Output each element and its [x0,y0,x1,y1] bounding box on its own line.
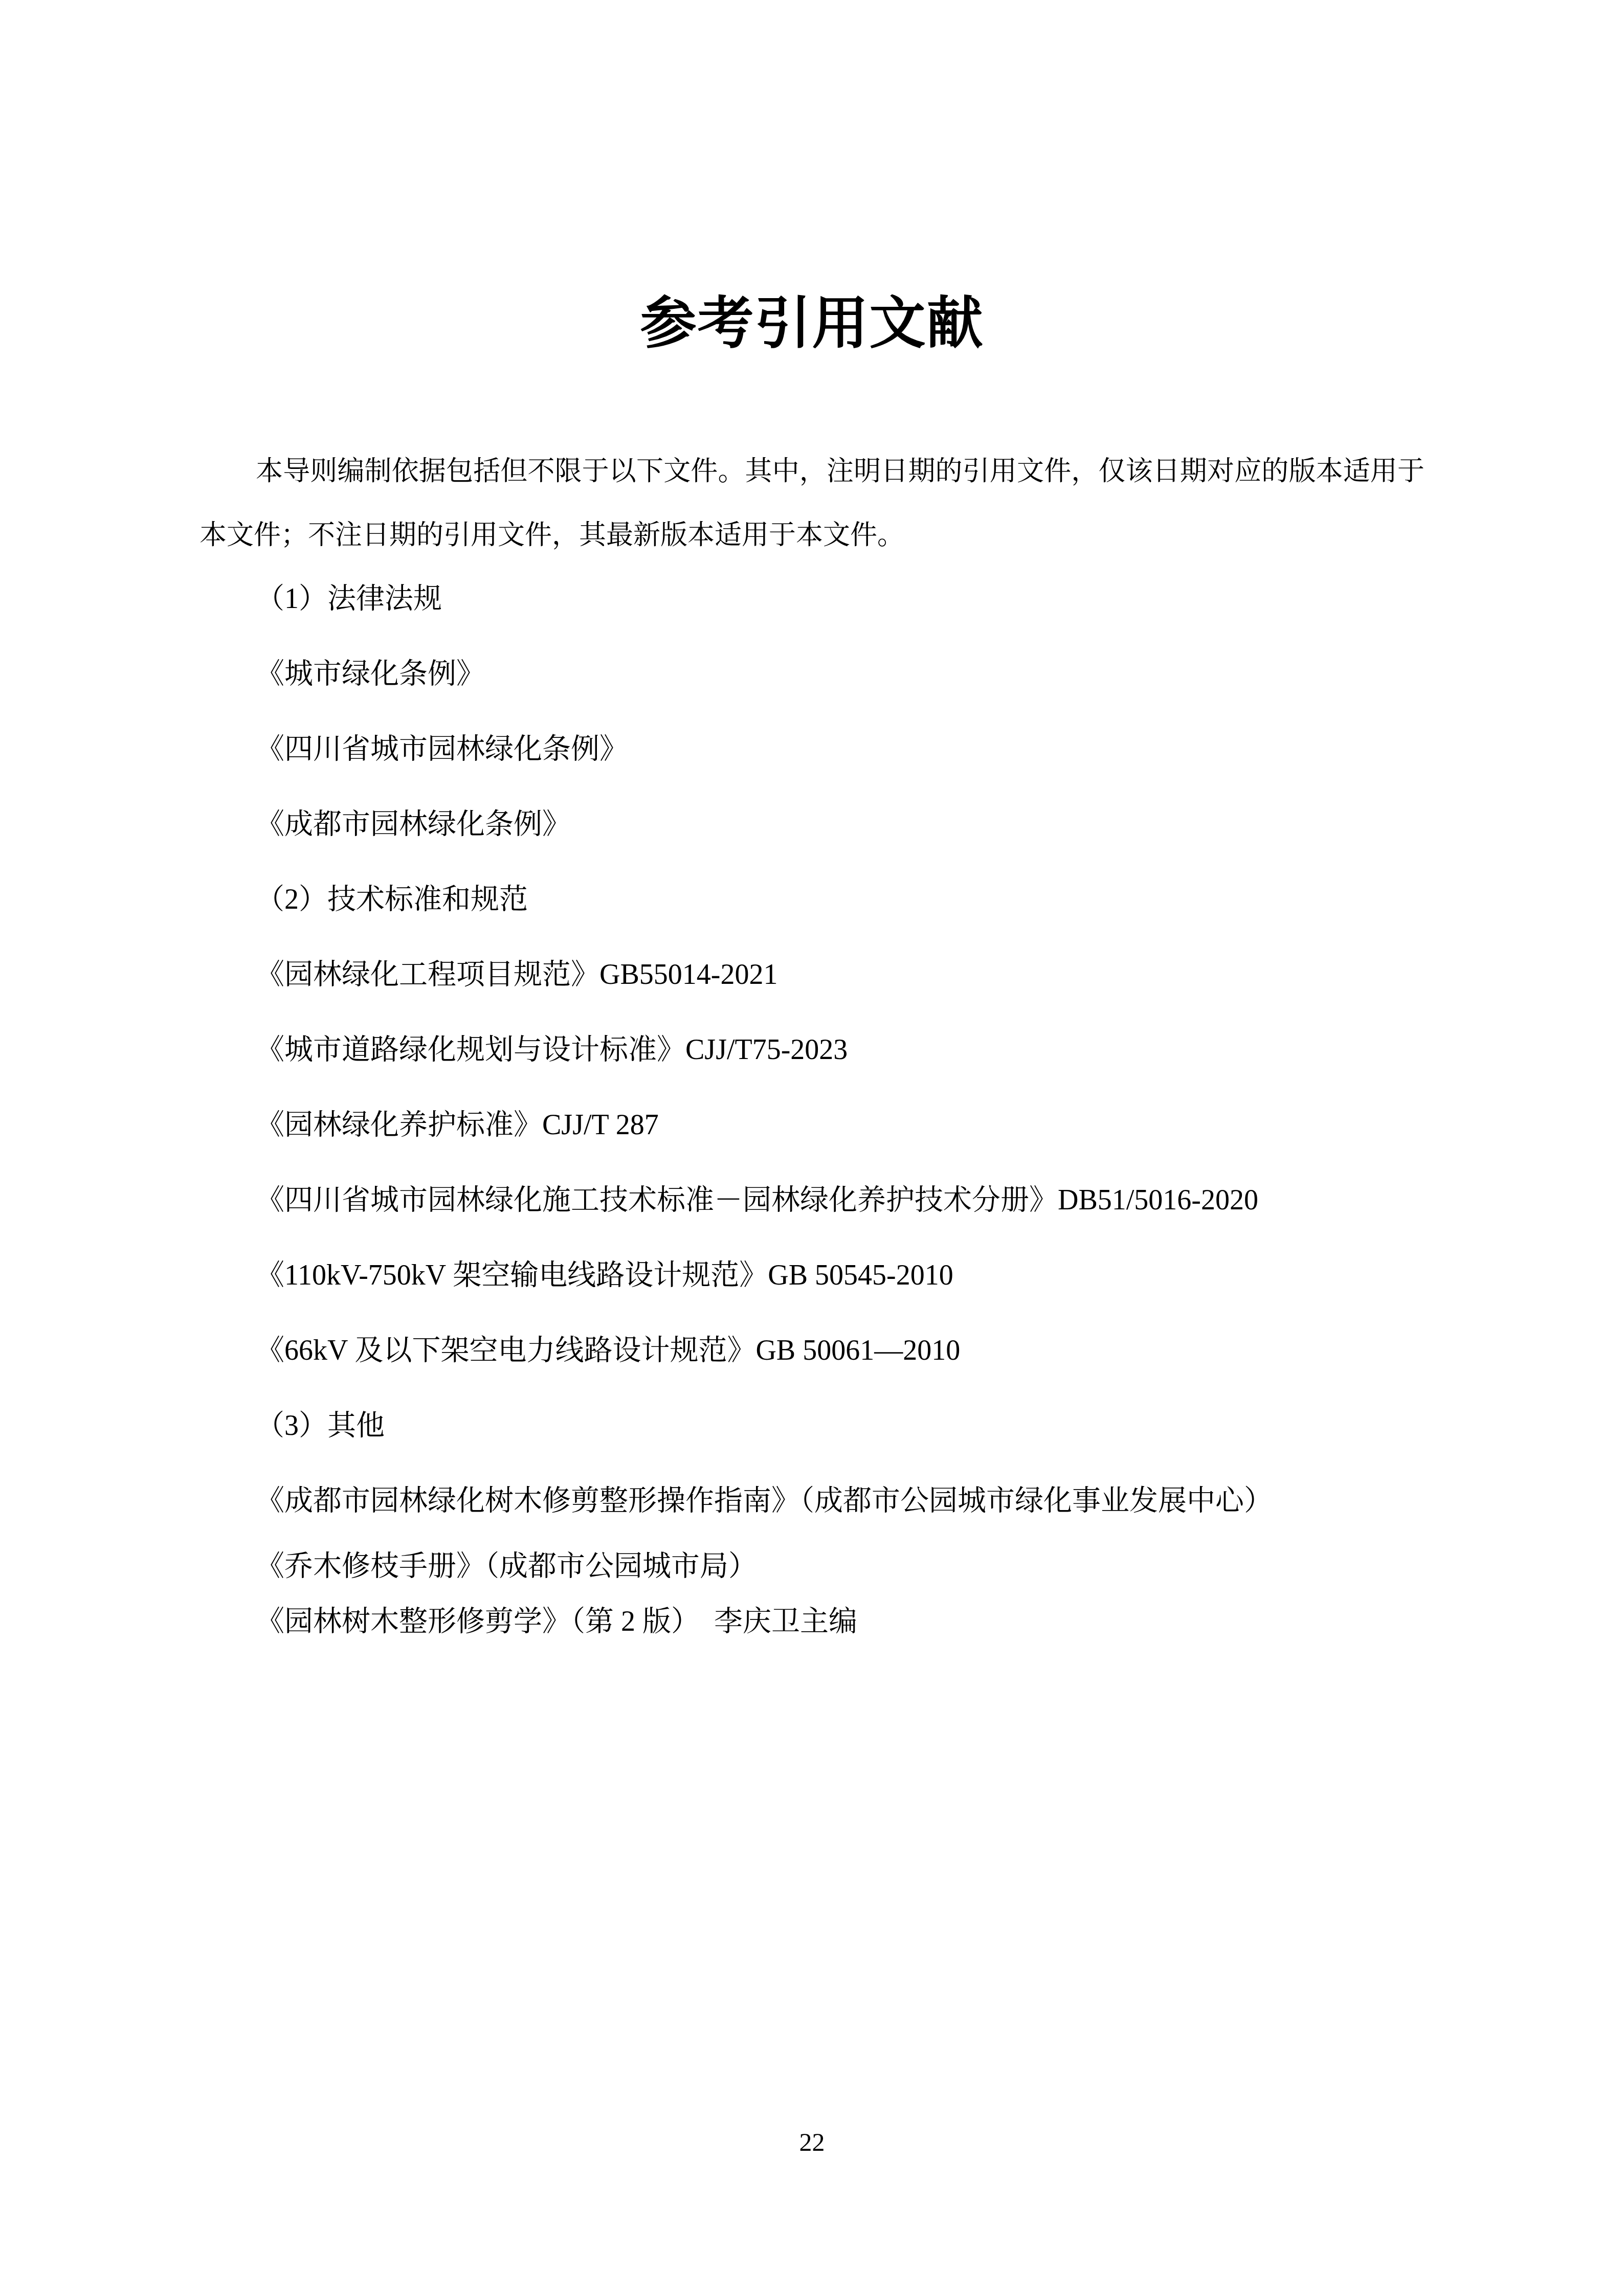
reference-item: 《城市绿化条例》 [199,637,1425,712]
reference-item: 《园林绿化工程项目规范》GB55014-2021 [199,937,1425,1012]
document-page: 参考引用文献 本导则编制依据包括但不限于以下文件。其中，注明日期的引用文件，仅该… [0,0,1624,2296]
intro-paragraph-line-2: 本文件；不注日期的引用文件，其最新版本适用于本文件。 [199,504,1425,568]
page-title: 参考引用文献 [199,291,1425,355]
reference-list: （1）法律法规 《城市绿化条例》 《四川省城市园林绿化条例》 《成都市园林绿化条… [199,561,1425,1649]
reference-group-heading: （3）其他 [199,1388,1425,1464]
reference-group-heading: （1）法律法规 [199,561,1425,637]
reference-item: 《成都市园林绿化条例》 [199,787,1425,862]
reference-item: 《乔木修枝手册》（成都市公园城市局） [199,1539,1425,1594]
page-number: 22 [0,2127,1624,2157]
reference-item: 《四川省城市园林绿化条例》 [199,712,1425,787]
reference-item: 《110kV-750kV 架空输电线路设计规范》GB 50545-2010 [199,1238,1425,1313]
page-content: 参考引用文献 本导则编制依据包括但不限于以下文件。其中，注明日期的引用文件，仅该… [199,291,1425,1649]
reference-item: 《园林绿化养护标准》CJJ/T 287 [199,1088,1425,1163]
reference-item: 《66kV 及以下架空电力线路设计规范》GB 50061—2010 [199,1313,1425,1388]
reference-item: 《四川省城市园林绿化施工技术标准－园林绿化养护技术分册》DB51/5016-20… [199,1163,1425,1238]
reference-item: 《成都市园林绿化树木修剪整形操作指南》（成都市公园城市绿化事业发展中心） [199,1464,1425,1539]
intro-paragraph-line-1: 本导则编制依据包括但不限于以下文件。其中，注明日期的引用文件，仅该日期对应的版本… [199,440,1425,504]
reference-item: 《园林树木整形修剪学》（第 2 版） 李庆卫主编 [199,1594,1425,1649]
intro-paragraph: 本导则编制依据包括但不限于以下文件。其中，注明日期的引用文件，仅该日期对应的版本… [199,440,1425,568]
reference-item: 《城市道路绿化规划与设计标准》CJJ/T75-2023 [199,1012,1425,1088]
reference-group-heading: （2）技术标准和规范 [199,862,1425,937]
